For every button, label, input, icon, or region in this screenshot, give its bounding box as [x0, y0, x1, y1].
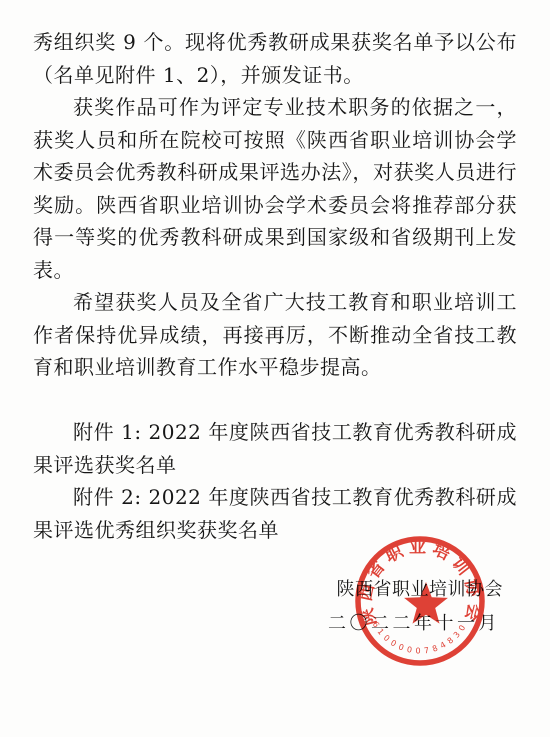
document-page: 秀组织奖 9 个。现将优秀教研成果获奖名单予以公布（名单见附件 1、2），并颁发… [0, 0, 550, 737]
document-body: 秀组织奖 9 个。现将优秀教研成果获奖名单予以公布（名单见附件 1、2），并颁发… [33, 26, 517, 546]
body-paragraph-2: 获奖作品可作为评定专业技术职务的依据之一，获奖人员和所在院校可按照《陕西省职业培… [33, 91, 517, 286]
official-seal: 陕西省职业培训协会 6100000784830 [345, 526, 495, 676]
body-paragraph-3: 希望获奖人员及全省广大技工教育和职业培训工作者保持优异成绩，再接再厉，不断推动全… [33, 286, 517, 384]
body-paragraph-1: 秀组织奖 9 个。现将优秀教研成果获奖名单予以公布（名单见附件 1、2），并颁发… [33, 26, 517, 91]
star-icon [404, 582, 448, 624]
attachment-line-1: 附件 1: 2022 年度陕西省技工教育优秀教科研成果评选获奖名单 [33, 416, 517, 481]
